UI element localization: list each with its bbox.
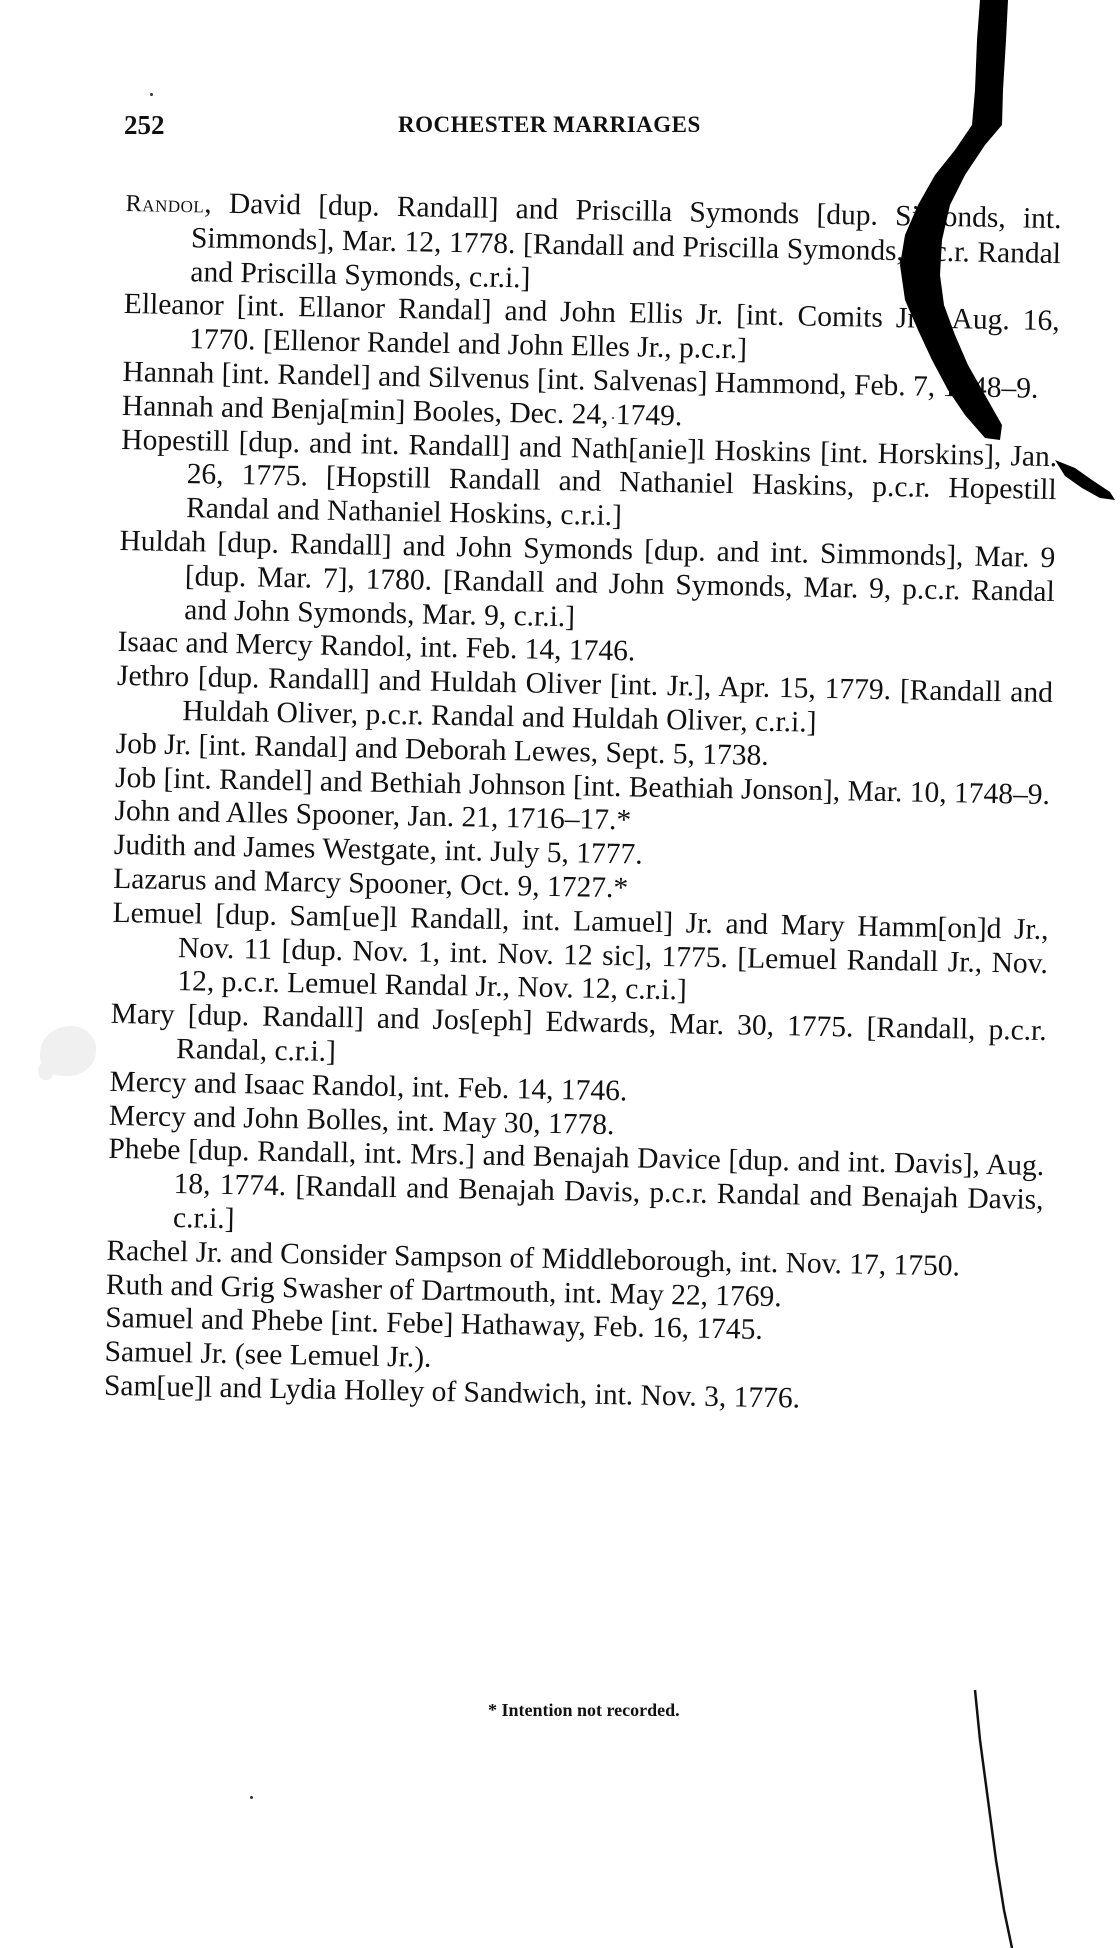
speck (250, 1796, 253, 1799)
scanned-page: 252 ROCHESTER MARRIAGES Randol, David [d… (0, 0, 1120, 1948)
ink-streak-artifact (0, 0, 1120, 1948)
speck (150, 93, 153, 96)
smudge-artifact-tail (38, 1062, 54, 1080)
speck (612, 417, 614, 419)
